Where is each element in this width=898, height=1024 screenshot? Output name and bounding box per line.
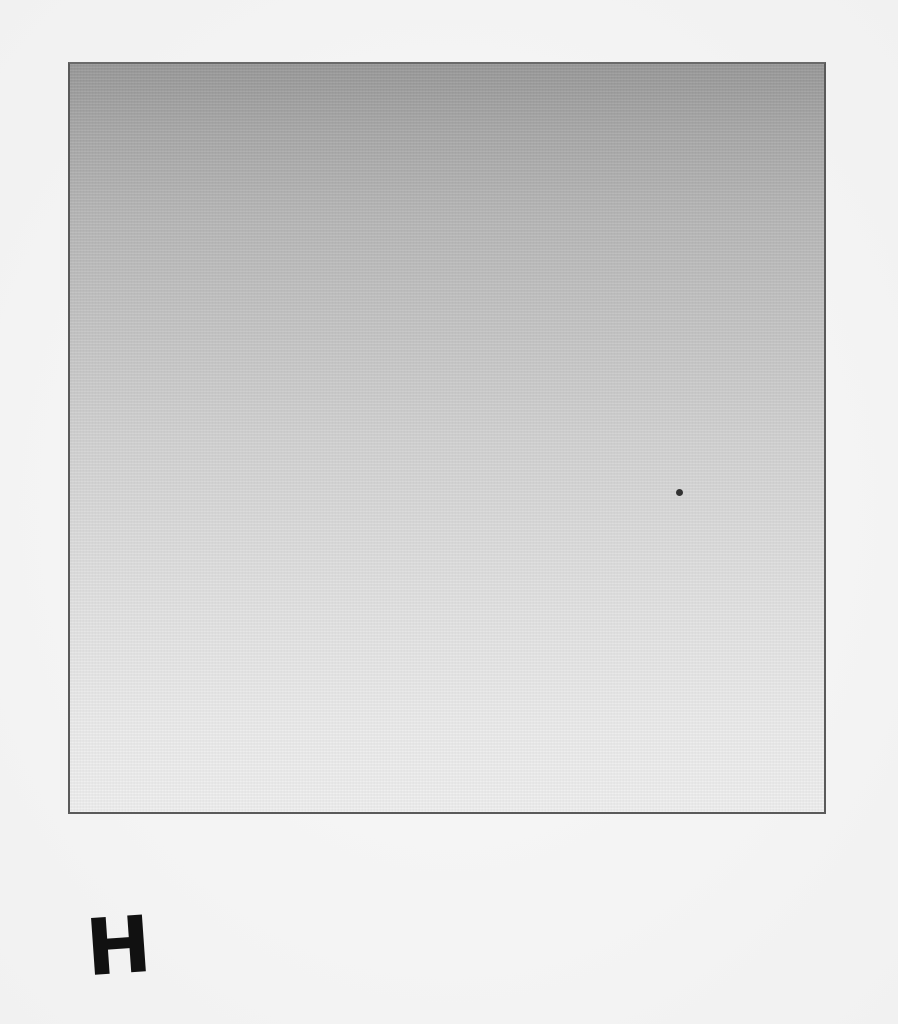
graphite-speck — [676, 489, 683, 496]
shaded-square — [68, 62, 826, 814]
pencil-grain-texture — [70, 64, 824, 812]
drawing-label: H — [83, 906, 154, 988]
